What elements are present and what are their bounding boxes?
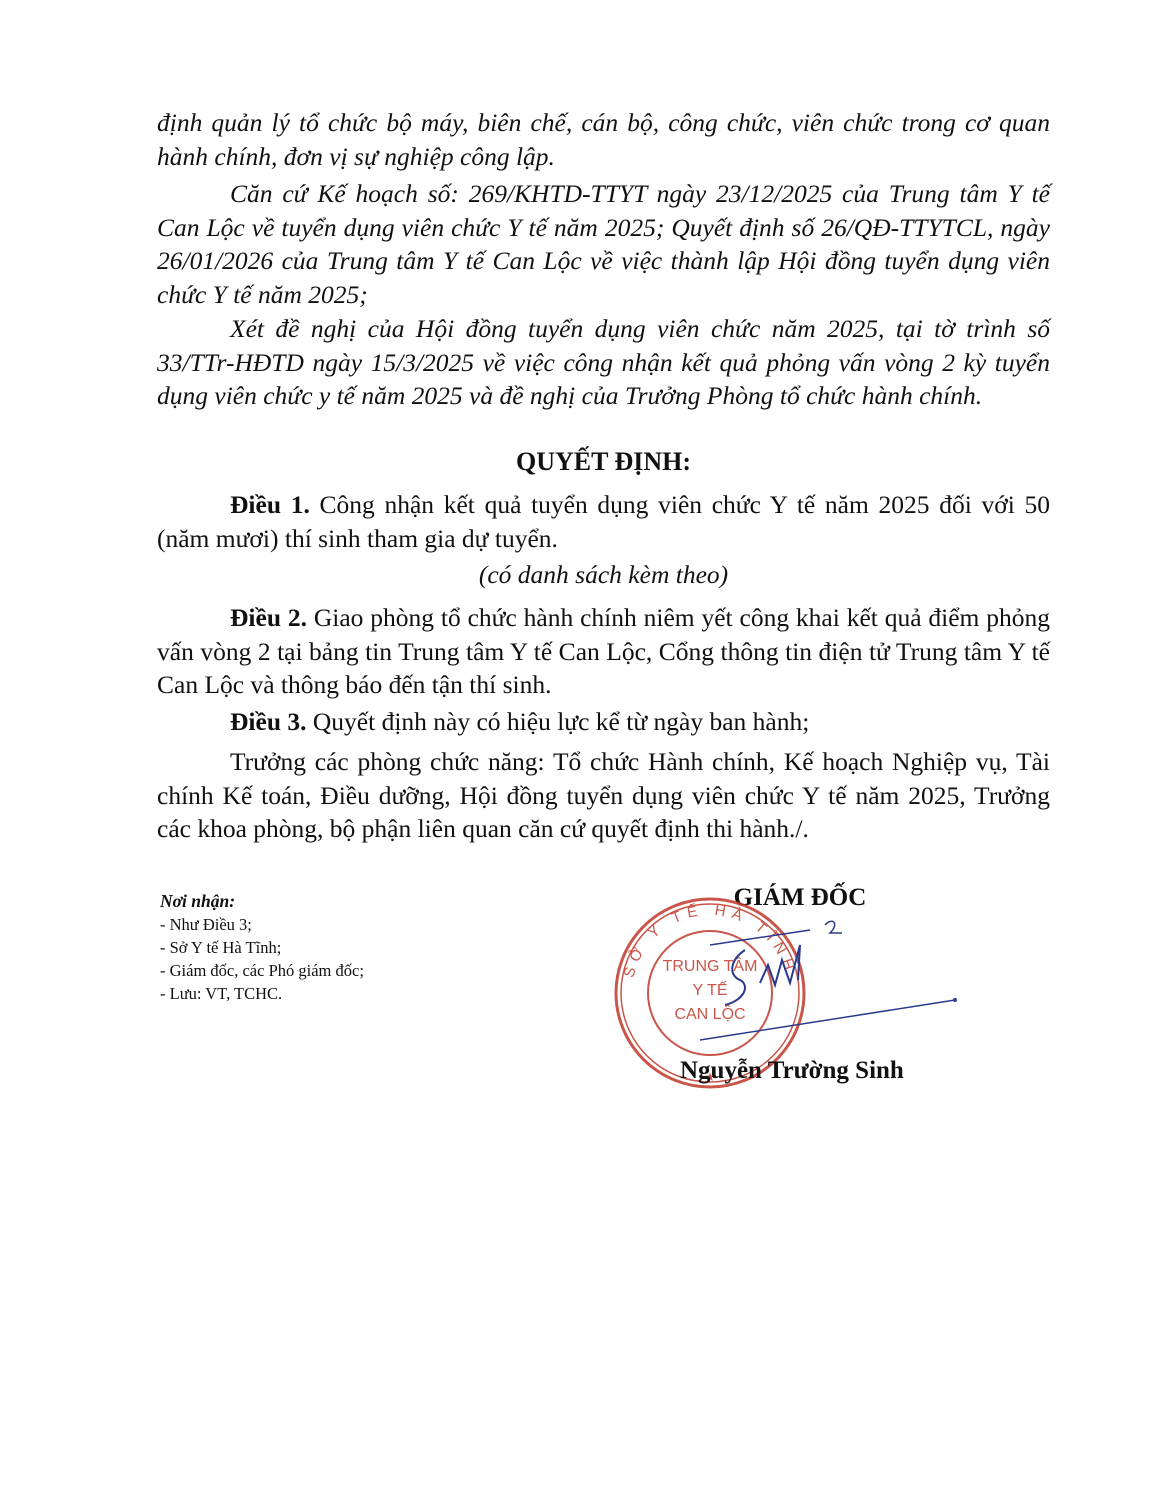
recipient-item: - Như Điều 3; [160,913,364,936]
article-2: Điều 2. Giao phòng tổ chức hành chính ni… [157,601,1050,702]
recipients-title: Nơi nhận: [160,890,364,913]
legal-basis-paragraph: Căn cứ Kế hoạch số: 269/KHTD-TTYT ngày 2… [157,177,1050,311]
recipient-item: - Giám đốc, các Phó giám đốc; [160,959,364,982]
article-1: Điều 1. Công nhận kết quả tuyển dụng viê… [157,488,1050,555]
article-3-text: Quyết định này có hiệu lực kể từ ngày ba… [307,707,810,736]
proposal-paragraph: Xét đề nghị của Hội đồng tuyển dụng viên… [157,312,1050,413]
article-2-label: Điều 2. [230,603,307,632]
recipient-item: - Sở Y tế Hà Tĩnh; [160,936,364,959]
handwritten-signature-icon [690,905,970,1075]
signer-name: Nguyễn Trường Sinh [680,1057,930,1085]
decision-heading: QUYẾT ĐỊNH: [157,447,1050,477]
article-1-label: Điều 1. [230,490,310,519]
article-3: Điều 3. Quyết định này có hiệu lực kể từ… [157,705,1050,739]
intro-paragraph: định quản lý tổ chức bộ máy, biên chế, c… [157,106,1050,173]
recipient-item: - Lưu: VT, TCHC. [160,982,364,1005]
execution-paragraph: Trưởng các phòng chức năng: Tổ chức Hành… [157,745,1050,846]
article-3-label: Điều 3. [230,707,307,736]
document-page: định quản lý tổ chức bộ máy, biên chế, c… [0,0,1159,1500]
attached-list-note: (có danh sách kèm theo) [157,560,1050,590]
recipients-block: Nơi nhận: - Như Điều 3; - Sở Y tế Hà Tĩn… [160,890,364,1005]
